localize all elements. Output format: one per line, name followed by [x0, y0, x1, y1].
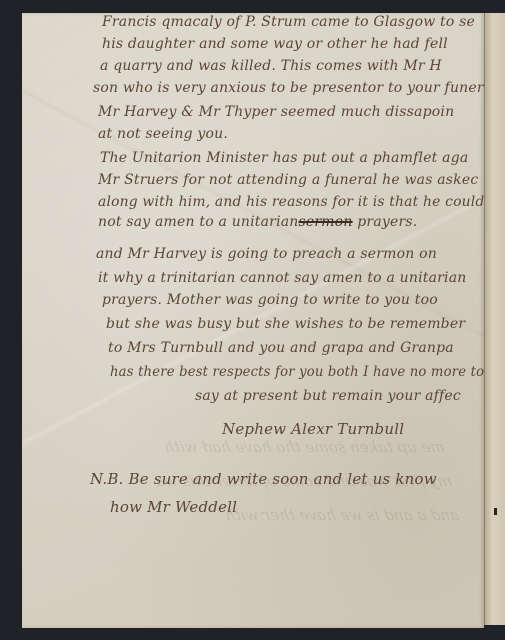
letter-line: Mr Harvey & Mr Thyper seemed much dissap… [98, 104, 454, 120]
postscript-line: how Mr Weddell [110, 498, 237, 516]
letter-line: Francis qmacaly of P. Strum came to Glas… [102, 14, 475, 30]
letter-line: but she was busy but she wishes to be re… [106, 316, 465, 332]
letter-line: his daughter and some way or other he ha… [102, 36, 448, 52]
ink-bleedthrough: me up taken some tho have had with my fi… [21, 430, 479, 610]
letter-line: The Unitarion Minister has put out a pha… [100, 150, 468, 166]
letter-line: it why a trinitarian cannot say amen to … [98, 270, 466, 286]
letter-line: at not seeing you. [98, 126, 228, 142]
letter-line: has there best respects for you both I h… [110, 364, 484, 380]
letter-line: along with him, and his reasons for it i… [98, 194, 484, 210]
postscript-line: N.B. Be sure and write soon and let us k… [90, 470, 437, 488]
letter-text: not say amen to a unitarian [98, 214, 299, 230]
bleed-line: and a and is we have ther with [35, 498, 462, 532]
signature: Nephew Alexr Turnbull [222, 420, 404, 438]
adjacent-page-edge [484, 13, 505, 625]
letter-line: prayers. Mother was going to write to yo… [102, 292, 438, 308]
letter-text: prayers. [357, 214, 417, 230]
letter-line: say at present but remain your affec [195, 388, 461, 404]
binding-mark [494, 508, 497, 515]
letter-line: son who is very anxious to be presentor … [93, 80, 484, 96]
letter-line: and Mr Harvey is going to preach a sermo… [96, 246, 437, 262]
letter-line-with-strikeout: not say amen to a unitariansermon prayer… [98, 214, 417, 230]
letter-line: a quarry and was killed. This comes with… [100, 58, 442, 74]
letter-line: to Mrs Turnbull and you and grapa and Gr… [108, 340, 454, 356]
struck-out-word: sermon [299, 214, 353, 230]
letter-line: Mr Struers for not attending a funeral h… [98, 172, 478, 188]
